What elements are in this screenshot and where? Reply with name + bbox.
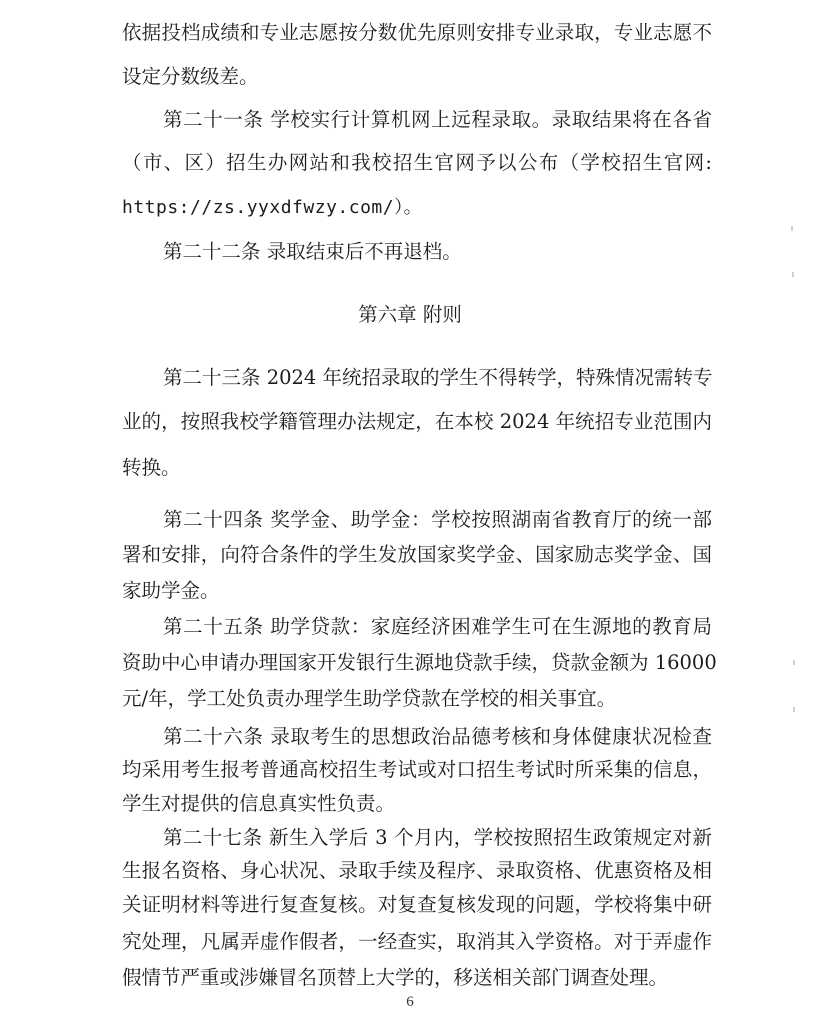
article-24-line: 家助学金。	[122, 578, 712, 604]
article-24-line: 第二十四条 奖学金、助学金：学校按照湖南省教育厅的统一部	[163, 507, 712, 533]
article-23-line: 第二十三条 2024 年统招录取的学生不得转学，特殊情况需转专	[163, 365, 712, 391]
article-26-line: 学生对提供的信息真实性负责。	[122, 791, 712, 817]
article-26-line: 均采用考生报考普通高校招生考试或对口招生考试时所采集的信息，	[122, 757, 712, 783]
page-number: 6	[390, 992, 430, 1012]
scan-speck	[792, 272, 794, 277]
paragraph-line: 设定分数级差。	[122, 64, 712, 90]
paragraph-line: 依据投档成绩和专业志愿按分数优先原则安排专业录取，专业志愿不	[122, 20, 712, 46]
article-27-line: 究处理，凡属弄虚作假者，一经查实，取消其入学资格。对于弄虚作	[122, 929, 712, 955]
chapter-heading: 第六章 附则	[300, 302, 520, 328]
article-27-line: 第二十七条 新生入学后 3 个月内，学校按照招生政策规定对新	[163, 825, 712, 851]
scan-speck	[793, 660, 795, 665]
article-27-line: 假情节严重或涉嫌冒名顶替上大学的，移送相关部门调查处理。	[122, 965, 712, 991]
article-26-line: 第二十六条 录取考生的思想政治品德考核和身体健康状况检查	[163, 724, 712, 750]
document-page: 依据投档成绩和专业志愿按分数优先原则安排专业录取，专业志愿不 设定分数级差。 第…	[0, 0, 820, 1015]
article-22-line: 第二十二条 录取结束后不再退档。	[163, 239, 712, 265]
article-25-line: 第二十五条 助学贷款：家庭经济困难学生可在生源地的教育局	[163, 614, 712, 640]
article-27-line: 生报名资格、身心状况、录取手续及程序、录取资格、优惠资格及相	[122, 858, 712, 884]
scan-speck	[793, 707, 795, 712]
article-24-line: 署和安排，向符合条件的学生发放国家奖学金、国家励志奖学金、国	[122, 542, 712, 568]
article-21-line: 第二十一条 学校实行计算机网上远程录取。录取结果将在各省	[163, 107, 712, 133]
article-27-line: 关证明材料等进行复查复核。对复查复核发现的问题，学校将集中研	[122, 892, 712, 918]
admission-website-url: https://zs.yyxdfwzy.com/）。	[122, 195, 712, 221]
article-25-line: 资助中心申请办理国家开发银行生源地贷款手续，贷款金额为 16000	[122, 650, 712, 676]
article-23-line: 业的，按照我校学籍管理办法规定，在本校 2024 年统招专业范围内	[122, 409, 712, 435]
article-21-line: （市、区）招生办网站和我校招生官网予以公布（学校招生官网:	[122, 150, 712, 176]
article-23-line: 转换。	[122, 455, 712, 481]
article-25-line: 元/年，学工处负责办理学生助学贷款在学校的相关事宜。	[122, 686, 712, 712]
scan-speck	[791, 226, 793, 231]
